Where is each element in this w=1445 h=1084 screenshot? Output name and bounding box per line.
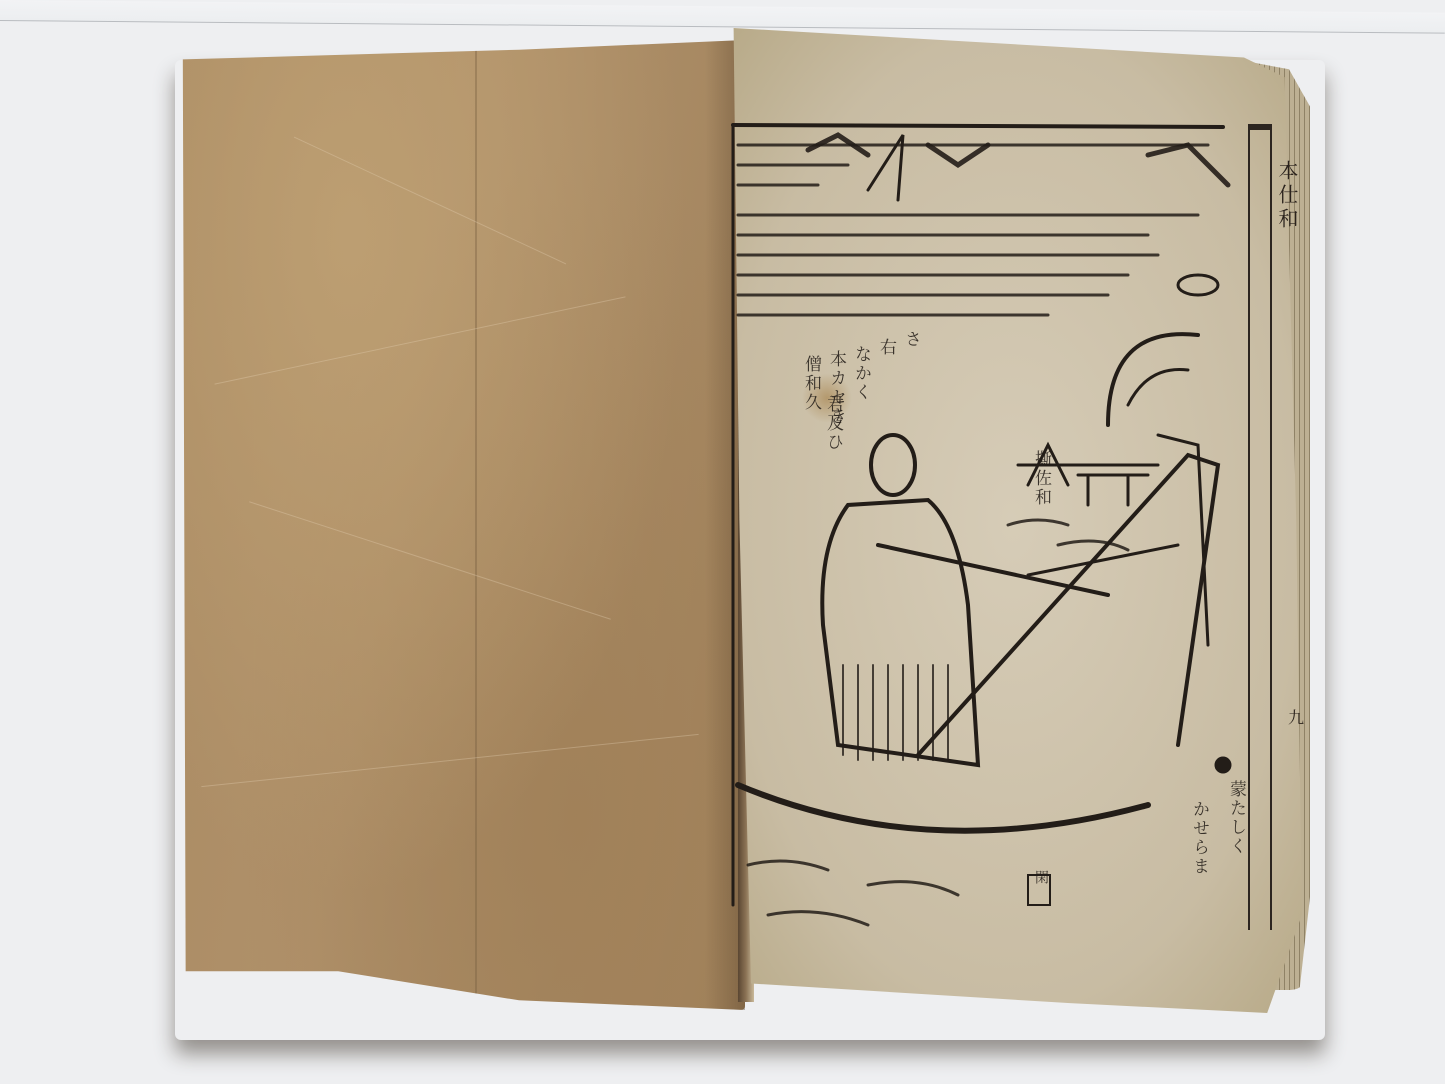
paper-crease [201, 734, 698, 787]
text-column: さ [900, 330, 922, 349]
text-column: 右 [875, 338, 897, 357]
text-column: 君及ひ [822, 395, 844, 452]
text-column: なかく [850, 345, 872, 402]
margin-title-column [1248, 130, 1272, 930]
table-edge [0, 0, 1445, 34]
page-fold-line [475, 40, 477, 1010]
page-number: 九 [1288, 705, 1304, 728]
margin-title: 本仕和 [1276, 160, 1300, 232]
seal-mark: 閑 [1030, 870, 1052, 886]
paper-crease [294, 137, 566, 265]
margin-column-cap [1248, 124, 1272, 130]
lower-right-text: かせらま [1188, 800, 1210, 876]
text-column: 僧和久 [800, 355, 822, 412]
lower-right-text: 蒙たしく [1225, 780, 1247, 856]
inscription-label: 撕佐和 [1030, 450, 1052, 507]
paper-crease [214, 296, 625, 384]
paper-crease [249, 501, 611, 619]
left-page-endpaper [180, 40, 745, 1010]
woodcut-illustration [728, 105, 1248, 965]
